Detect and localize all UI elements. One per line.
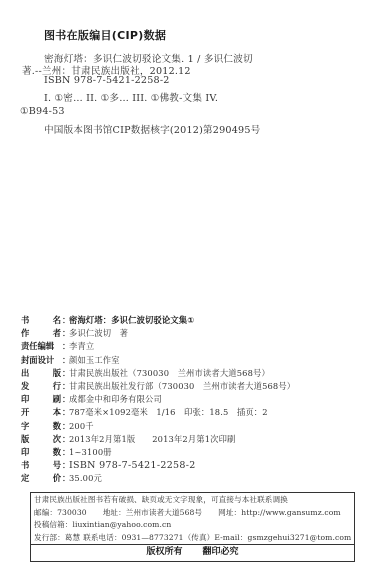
detail-label: 封面设计 xyxy=(21,354,62,367)
detail-row-price: 定价： 35.00元 xyxy=(21,472,295,485)
detail-value: 颜如玉工作室 xyxy=(69,354,120,367)
detail-value: 密海灯塔：多识仁波切驳论文集① xyxy=(69,314,194,327)
notice-contact-section: 甘肃民族出版社图书若有破损、缺页或无文字现象，可直接与本社联系调换 邮编：730… xyxy=(31,493,354,545)
detail-label: 定价 xyxy=(21,472,62,485)
notice-submission-line: 投稿信箱：liuxintian@yahoo.com.cn xyxy=(34,519,351,532)
copyright-notice: 版权所有翻印必究 xyxy=(31,545,354,561)
cip-heading: 图书在版编目(CIP)数据 xyxy=(44,27,166,43)
detail-label: 书名 xyxy=(21,314,62,327)
detail-value: 200千 xyxy=(69,420,94,433)
detail-value: 787毫米×1092毫米 1/16 印张：18.5 插页：2 xyxy=(69,406,268,419)
address: 兰州市读者大道568号 xyxy=(126,508,202,517)
detail-label: 出版 xyxy=(21,367,62,380)
detail-label: 字数 xyxy=(21,420,62,433)
detail-value: 多识仁波切 著 xyxy=(69,327,128,340)
phone-number: 0931—8773271（传真） xyxy=(122,533,215,542)
detail-value: 2013年2月第1版 2013年2月第1次印刷 xyxy=(69,433,236,446)
detail-row-edition: 版次： 2013年2月第1版 2013年2月第1次印刷 xyxy=(21,433,295,446)
notice-distribution-line: 发行部：葛慧联系电话：0931—8773271（传真）E-mail：gsmzge… xyxy=(34,532,351,545)
detail-value: ISBN 978-7-5421-2258-2 xyxy=(69,459,196,472)
detail-value: 1~3100册 xyxy=(69,446,112,459)
detail-row-editor: 责任编辑： 李青立 xyxy=(21,340,295,353)
detail-row-title: 书名： 密海灯塔：多识仁波切驳论文集① xyxy=(21,314,295,327)
detail-label: 发行 xyxy=(21,380,62,393)
detail-label: 责任编辑 xyxy=(21,340,62,353)
detail-value: 成都金中和印务有限公司 xyxy=(69,393,162,406)
detail-label: 书号 xyxy=(21,459,62,472)
detail-row-print-run: 印数： 1~3100册 xyxy=(21,446,295,459)
detail-row-distributor: 发行： 甘肃民族出版社发行部（730030 兰州市读者大道568号） xyxy=(21,380,295,393)
detail-value: 35.00元 xyxy=(69,472,102,485)
detail-value: 甘肃民族出版社（730030 兰州市读者大道568号） xyxy=(69,367,270,380)
detail-label: 作者 xyxy=(21,327,62,340)
detail-label: 版次 xyxy=(21,433,62,446)
notice-replacement-line: 甘肃民族出版社图书若有破损、缺页或无文字现象，可直接与本社联系调换 xyxy=(34,494,351,507)
detail-row-cover-design: 封面设计： 颜如玉工作室 xyxy=(21,354,295,367)
postcode: 730030 xyxy=(57,508,87,517)
detail-row-isbn: 书号： ISBN 978-7-5421-2258-2 xyxy=(21,459,295,472)
submission-email-link[interactable]: liuxintian@yahoo.com.cn xyxy=(72,520,171,529)
detail-row-publisher: 出版： 甘肃民族出版社（730030 兰州市读者大道568号） xyxy=(21,367,295,380)
dept-email-link[interactable]: gsmzgehui3271@tom.com xyxy=(248,533,352,542)
detail-row-word-count: 字数： 200千 xyxy=(21,420,295,433)
detail-row-format: 开本： 787毫米×1092毫米 1/16 印张：18.5 插页：2 xyxy=(21,406,295,419)
detail-value: 李青立 xyxy=(69,340,94,353)
detail-row-printer: 印刷： 成都金中和印务有限公司 xyxy=(21,393,295,406)
cip-record-number-line: 中国版本图书馆CIP数据核字(2012)第290495号 xyxy=(44,122,260,136)
cip-isbn-line: ISBN 978-7-5421-2258-2 xyxy=(44,75,170,86)
cip-classification-line: ①B94-53 xyxy=(20,106,65,117)
cip-subject-line: I. ①密… II. ①多… III. ①佛教-文集 IV. xyxy=(44,90,218,104)
detail-row-author: 作者： 多识仁波切 著 xyxy=(21,327,295,340)
notice-address-line: 邮编：730030地址：兰州市读者大道568号网址：http://www.gan… xyxy=(34,507,351,520)
dept-contact-name: 葛慧 xyxy=(65,533,80,542)
detail-label: 印数 xyxy=(21,446,62,459)
publisher-notice-box: 甘肃民族出版社图书若有破损、缺页或无文字现象，可直接与本社联系调换 邮编：730… xyxy=(30,492,355,562)
publication-details: 书名： 密海灯塔：多识仁波切驳论文集① 作者： 多识仁波切 著 责任编辑： 李青… xyxy=(21,314,295,485)
detail-label: 印刷 xyxy=(21,393,62,406)
website-link[interactable]: http://www.gansumz.com xyxy=(241,508,340,517)
detail-label: 开本 xyxy=(21,406,62,419)
detail-value: 甘肃民族出版社发行部（730030 兰州市读者大道568号） xyxy=(69,380,295,393)
